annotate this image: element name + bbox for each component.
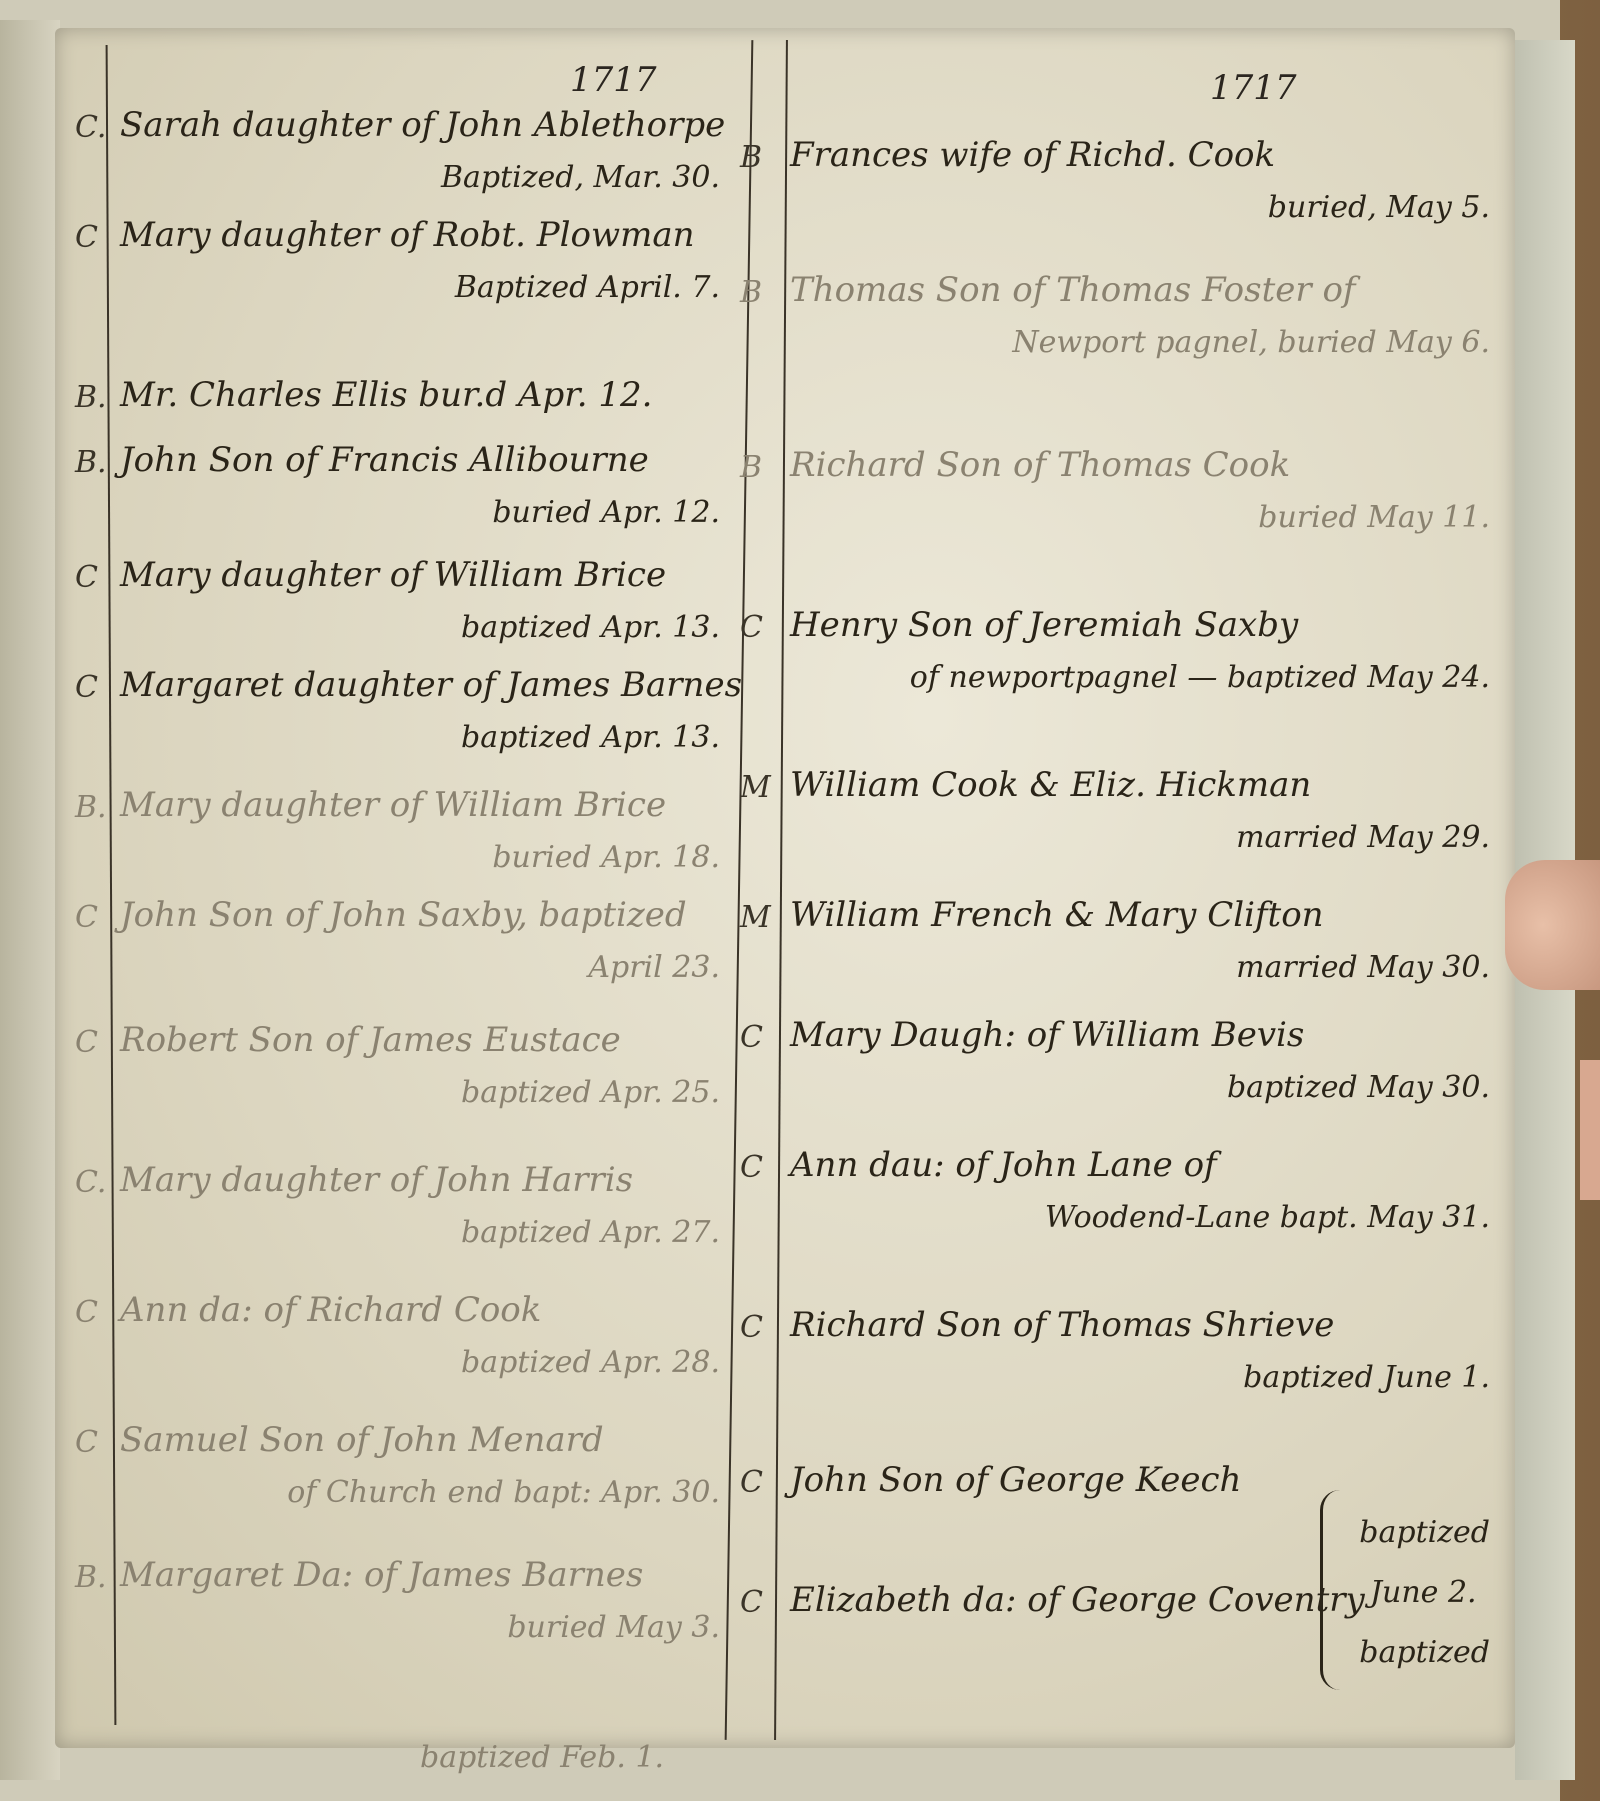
entry-event-line: baptized Apr. 25. xyxy=(120,1075,720,1110)
entry-event-line: April 23. xyxy=(120,950,720,985)
right-page-year: 1717 xyxy=(1210,68,1297,108)
entry-type-code: C xyxy=(75,220,98,255)
entry-event-line: of newportpagnel — baptized May 24. xyxy=(790,660,1490,695)
entry-name-line: Samuel Son of John Menard xyxy=(120,1420,604,1460)
entry-type-code: B. xyxy=(75,445,107,480)
entry-event-line: baptized Apr. 27. xyxy=(120,1215,720,1250)
entry-event-line: baptized Apr. 28. xyxy=(120,1345,720,1380)
entry-event-line: Baptized, Mar. 30. xyxy=(120,160,720,195)
entry-type-code: C xyxy=(740,1310,763,1345)
entry-name-line: Ann dau: of John Lane of xyxy=(790,1145,1217,1185)
entry-event-line: baptized xyxy=(790,1635,1490,1670)
entry-name-line: Elizabeth da: of George Coventry xyxy=(790,1580,1365,1620)
entry-event-line: Newport pagnel, buried May 6. xyxy=(790,325,1490,360)
entry-name-line: John Son of George Keech xyxy=(790,1460,1241,1500)
entry-type-code: C xyxy=(75,900,98,935)
previous-page-edge xyxy=(0,20,60,1780)
footer-fragment: baptized Feb. 1. xyxy=(420,1740,664,1775)
entry-event-line: baptized May 30. xyxy=(790,1070,1490,1105)
entry-type-code: C. xyxy=(75,1165,106,1200)
entry-name-line: William French & Mary Clifton xyxy=(790,895,1324,935)
thumb-edge xyxy=(1580,1060,1600,1200)
entry-event-line: buried May 11. xyxy=(790,500,1490,535)
entry-event-line: buried Apr. 18. xyxy=(120,840,720,875)
entry-type-code: C xyxy=(75,1425,98,1460)
entry-type-code: C. xyxy=(75,110,106,145)
entry-name-line: Mary daughter of William Brice xyxy=(120,555,666,595)
entry-event-line: baptized xyxy=(790,1515,1490,1550)
date-bracket xyxy=(1320,1490,1353,1690)
entry-type-code: M xyxy=(740,770,771,805)
entry-name-line: Mary Daugh: of William Bevis xyxy=(790,1015,1304,1055)
entry-name-line: John Son of John Saxby, baptized xyxy=(120,895,687,935)
entry-type-code: B xyxy=(740,275,762,310)
bracket-date: June 2. xyxy=(1370,1575,1477,1610)
entry-event-line: buried Apr. 12. xyxy=(120,495,720,530)
entry-name-line: Margaret daughter of James Barnes xyxy=(120,665,742,705)
entry-name-line: Sarah daughter of John Ablethorpe xyxy=(120,105,725,145)
entry-event-line: baptized Apr. 13. xyxy=(120,610,720,645)
entry-name-line: Richard Son of Thomas Shrieve xyxy=(790,1305,1334,1345)
entry-event-line: baptized June 1. xyxy=(790,1360,1490,1395)
entry-event-line: baptized Apr. 13. xyxy=(120,720,720,755)
entry-name-line: Robert Son of James Eustace xyxy=(120,1020,621,1060)
entry-name-line: John Son of Francis Allibourne xyxy=(120,440,649,480)
entry-type-code: C xyxy=(75,670,98,705)
entry-type-code: B. xyxy=(75,1560,107,1595)
entry-name-line: Richard Son of Thomas Cook xyxy=(790,445,1290,485)
entry-name-line: Ann da: of Richard Cook xyxy=(120,1290,541,1330)
entry-event-line: married May 30. xyxy=(790,950,1490,985)
entry-type-code: C xyxy=(740,1585,763,1620)
entry-type-code: C xyxy=(75,560,98,595)
entry-name-line: Mary daughter of Robt. Plowman xyxy=(120,215,695,255)
thumb xyxy=(1505,860,1600,990)
left-page-year: 1717 xyxy=(570,60,657,100)
entry-name-line: William Cook & Eliz. Hickman xyxy=(790,765,1311,805)
entry-event-line: Baptized April. 7. xyxy=(120,270,720,305)
entry-type-code: C xyxy=(740,610,763,645)
entry-type-code: B. xyxy=(75,790,107,825)
entry-type-code: C xyxy=(75,1295,98,1330)
entry-type-code: C xyxy=(75,1025,98,1060)
entry-type-code: M xyxy=(740,900,771,935)
entry-name-line: Frances wife of Richd. Cook xyxy=(790,135,1275,175)
entry-name-line: Mr. Charles Ellis bur.d Apr. 12. xyxy=(120,375,652,415)
entry-type-code: C xyxy=(740,1150,763,1185)
entry-event-line: buried May 3. xyxy=(120,1610,720,1645)
entry-type-code: B. xyxy=(75,380,107,415)
entry-name-line: Thomas Son of Thomas Foster of xyxy=(790,270,1356,310)
entry-name-line: Mary daughter of John Harris xyxy=(120,1160,633,1200)
entry-event-line: Woodend-Lane bapt. May 31. xyxy=(790,1200,1490,1235)
entry-event-line: of Church end bapt: Apr. 30. xyxy=(120,1475,720,1510)
entry-type-code: C xyxy=(740,1465,763,1500)
entry-name-line: Mary daughter of William Brice xyxy=(120,785,666,825)
entry-name-line: Margaret Da: of James Barnes xyxy=(120,1555,643,1595)
entry-event-line: buried, May 5. xyxy=(790,190,1490,225)
register-book: 1717 1717 C.Sarah daughter of John Ablet… xyxy=(0,0,1560,1801)
entry-type-code: B xyxy=(740,450,762,485)
entry-type-code: C xyxy=(740,1020,763,1055)
entry-type-code: B xyxy=(740,140,762,175)
entry-event-line: married May 29. xyxy=(790,820,1490,855)
entry-name-line: Henry Son of Jeremiah Saxby xyxy=(790,605,1298,645)
